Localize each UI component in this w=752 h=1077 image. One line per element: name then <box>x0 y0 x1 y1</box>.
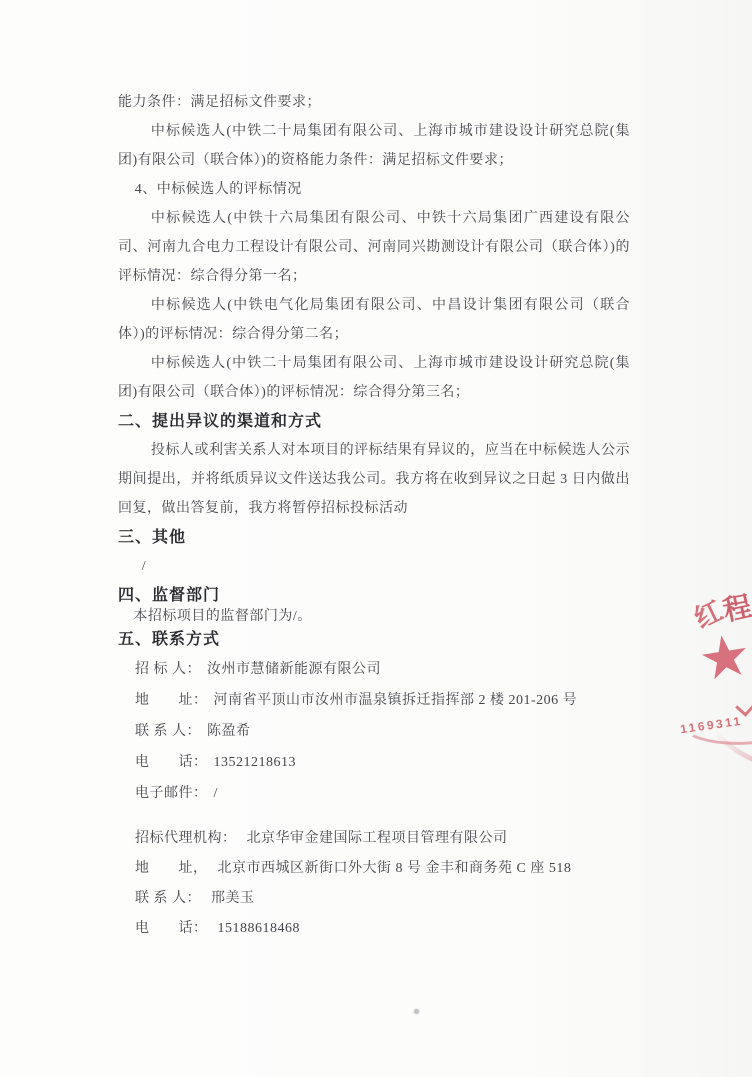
paragraph-other-body: / <box>118 552 630 581</box>
tenderer-address-label: 地 址： <box>135 693 208 708</box>
document-text-column: 能力条件：满足招标文件要求； 中标候选人(中铁二十局集团有限公司、上海市城市建设… <box>118 88 630 944</box>
seal-ring-bottom-arc <box>673 672 752 752</box>
tenderer-email-value: / <box>214 786 218 801</box>
tenderer-address-row: 地 址：河南省平顶山市汝州市温泉镇拆迁指挥部 2 楼 201-206 号 <box>118 685 630 716</box>
paragraph-rank-first: 中标候选人(中铁十六局集团有限公司、中铁十六局集团广西建设有限公司、河南九合电力… <box>118 204 630 291</box>
paragraph-rank-third: 中标候选人(中铁二十局集团有限公司、上海市城市建设设计研究总院(集团)有限公司（… <box>118 349 630 407</box>
tenderer-contact-person-label: 联 系 人： <box>135 724 201 739</box>
tenderer-address-value: 河南省平顶山市汝州市温泉镇拆迁指挥部 2 楼 201-206 号 <box>214 693 578 708</box>
seal-check-fragment <box>735 697 752 717</box>
scan-artifact-dot <box>414 1009 419 1014</box>
paragraph-qualification: 中标候选人(中铁二十局集团有限公司、上海市城市建设设计研究总院(集团)有限公司（… <box>118 117 630 175</box>
tenderer-name-label: 招 标 人： <box>135 662 201 677</box>
tenderer-email-row: 电子邮件：/ <box>118 778 630 809</box>
item-4-title: 4、中标候选人的评标情况 <box>118 175 630 204</box>
paragraph-rank-second: 中标候选人(中铁电气化局集团有限公司、中昌设计集团有限公司（联合体）)的评标情况… <box>118 291 630 349</box>
agency-contact-person-value: 邢美玉 <box>211 891 255 906</box>
agency-phone-label: 电 话： <box>135 921 208 936</box>
tenderer-email-label: 电子邮件： <box>135 786 208 801</box>
agency-phone-value: 15188618468 <box>218 921 301 936</box>
agency-contact-person-label: 联 系 人： <box>135 891 201 906</box>
heading-section-other: 三、其他 <box>118 523 630 552</box>
paragraph-capability-continuation: 能力条件：满足招标文件要求； <box>118 88 630 117</box>
heading-section-objection: 二、提出异议的渠道和方式 <box>118 407 630 436</box>
agency-name-label: 招标代理机构： <box>135 831 237 846</box>
agency-name-row: 招标代理机构：北京华审金建国际工程项目管理有限公司 <box>118 824 630 854</box>
agency-phone-row: 电 话：15188618468 <box>118 914 630 944</box>
tenderer-contact-person-row: 联 系 人：陈盈希 <box>118 716 630 747</box>
seal-arc-character-1: 红 <box>687 589 728 636</box>
agency-contact-block: 招标代理机构：北京华审金建国际工程项目管理有限公司 地 址，北京市西城区新街口外… <box>118 824 630 944</box>
tenderer-phone-row: 电 话：13521218613 <box>118 747 630 778</box>
seal-star-icon: ★ <box>695 625 752 690</box>
paragraph-objection-body: 投标人或利害关系人对本项目的评标结果有异议的，应当在中标候选人公示期间提出，并将… <box>118 436 630 523</box>
agency-address-value: 北京市西城区新街口外大街 8 号 金丰和商务苑 C 座 518 <box>218 861 572 876</box>
seal-serial-number: 1169311 <box>679 714 743 737</box>
agency-name-value: 北京华审金建国际工程项目管理有限公司 <box>247 831 508 846</box>
seal-ring-arc <box>687 558 752 772</box>
tenderer-name-row: 招 标 人：汝州市慧储新能源有限公司 <box>118 654 630 685</box>
tenderer-name-value: 汝州市慧储新能源有限公司 <box>207 662 381 677</box>
heading-section-contact: 五、联系方式 <box>118 625 630 654</box>
tenderer-phone-value: 13521218613 <box>214 755 297 770</box>
tenderer-contact-block: 招 标 人：汝州市慧储新能源有限公司 地 址：河南省平顶山市汝州市温泉镇拆迁指挥… <box>118 654 630 809</box>
agency-address-label: 地 址， <box>135 861 208 876</box>
agency-address-row: 地 址，北京市西城区新街口外大街 8 号 金丰和商务苑 C 座 518 <box>118 854 630 884</box>
seal-arc-character-2: 程 <box>719 585 752 630</box>
document-page: 能力条件：满足招标文件要求； 中标候选人(中铁二十局集团有限公司、上海市城市建设… <box>0 0 752 1077</box>
tenderer-contact-person-value: 陈盈希 <box>207 724 251 739</box>
agency-contact-person-row: 联 系 人：邢美玉 <box>118 884 630 914</box>
tenderer-phone-label: 电 话： <box>135 755 208 770</box>
